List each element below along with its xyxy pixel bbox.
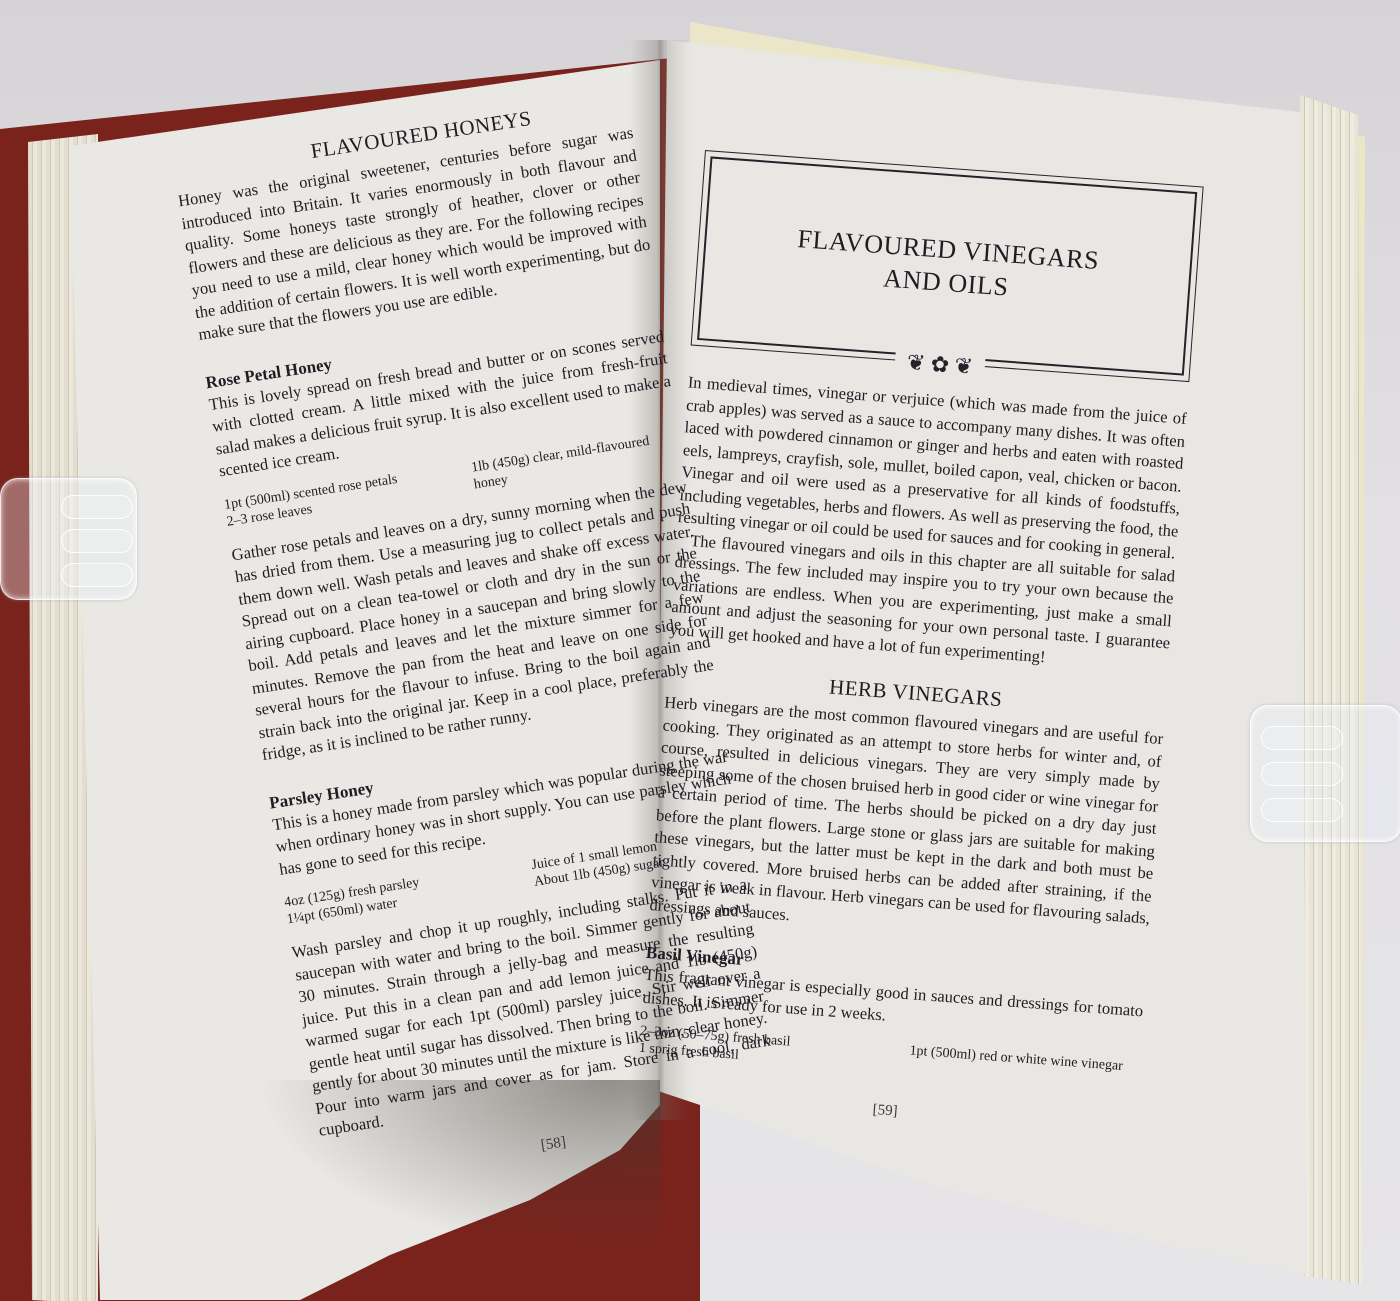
section-paragraph: Herb vinegars are the most common flavou… [649, 692, 1164, 953]
page-clip-left [0, 478, 137, 600]
right-page-text: FLAVOURED VINEGARS AND OILS ❦ ✿ ❦ In med… [635, 150, 1204, 1138]
recipe-method: Gather rose petals and leaves on a dry, … [230, 475, 718, 766]
page-clip-right [1250, 705, 1400, 842]
ingredient: 1pt (500ml) red or white wine vinegar [909, 1042, 1140, 1076]
page-block-edge-right [1300, 95, 1362, 1295]
